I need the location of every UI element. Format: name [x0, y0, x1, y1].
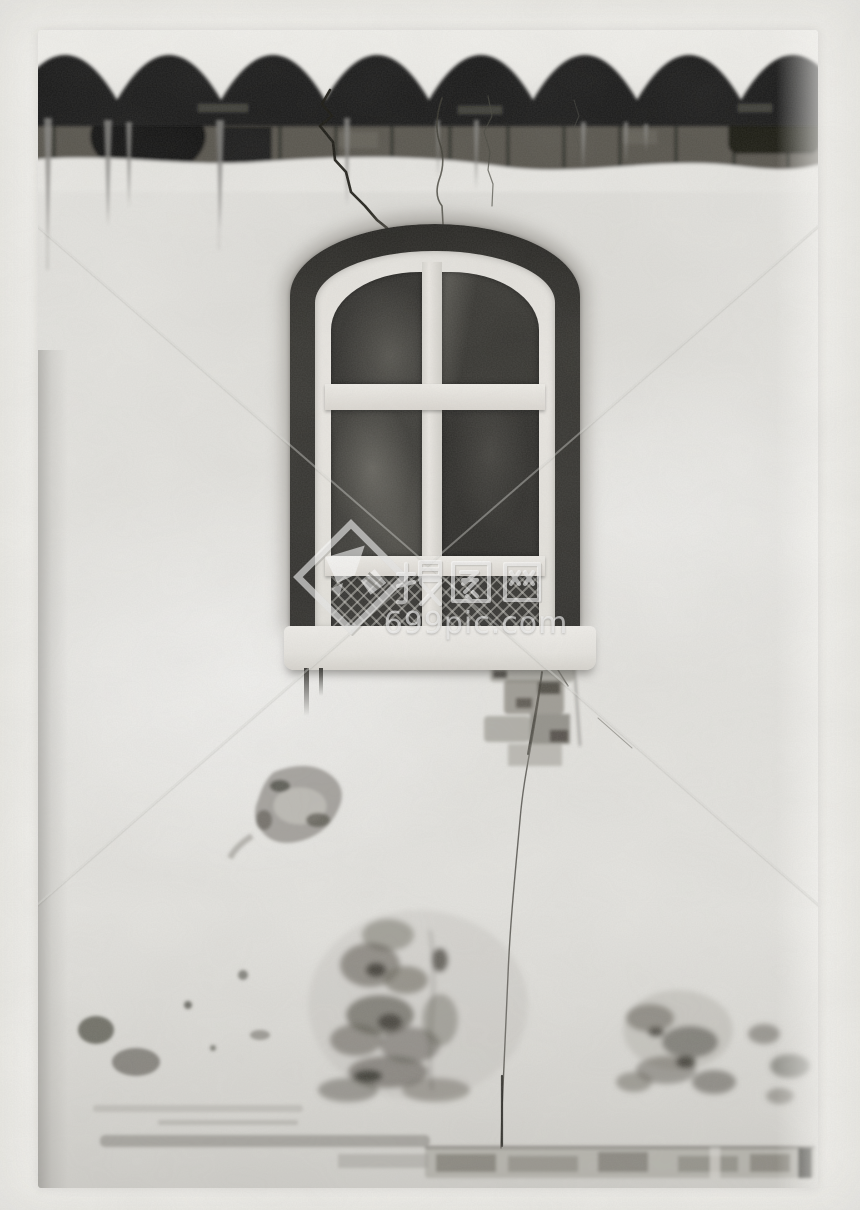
photo-print: 摄图网 699pic.com	[38, 30, 818, 1188]
peeling-patch-left	[230, 766, 342, 858]
windowpane-middle-right	[442, 410, 539, 556]
damage-center-bottom	[308, 910, 528, 1102]
sill-drip	[304, 668, 309, 716]
sill-drip	[319, 668, 323, 696]
photo-left-edge-shadow	[38, 350, 68, 1188]
photo-right-light-band	[776, 30, 818, 1188]
windowpane-lower-left	[331, 576, 422, 628]
bottom-plank	[338, 1146, 815, 1178]
windowpane-middle-left	[331, 410, 422, 556]
window-rail-upper	[325, 384, 545, 410]
roof-tiles	[38, 55, 818, 126]
